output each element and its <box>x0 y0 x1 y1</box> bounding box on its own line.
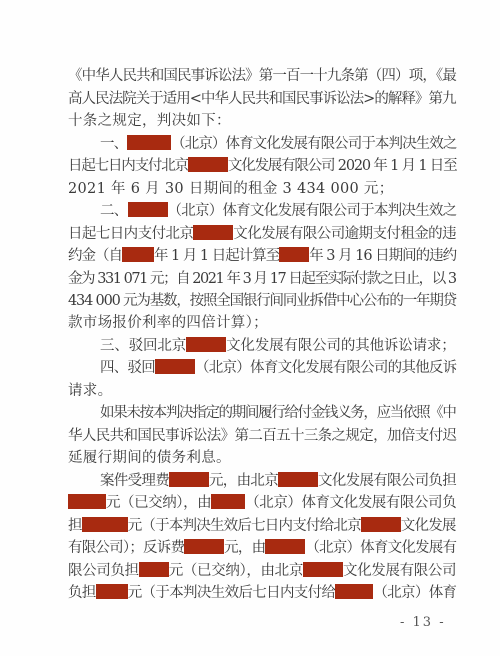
text-segment: （北京）体育文化发展有 <box>305 540 456 556</box>
text-segment: 日起七日内支付北京 <box>68 226 193 242</box>
text-segment: （北京）体育文化发展有限公司于本判决生效之 <box>171 136 456 152</box>
document-page: 《中华人民共和国民事诉讼法》第一百一十九条第（四）项，《最高人民法院关于适用<中… <box>0 0 500 656</box>
text-segment: 日起七日内支付北京 <box>68 158 188 174</box>
text-segment: 担 <box>68 518 82 534</box>
text-segment: 三、驳回北京 <box>100 338 186 354</box>
redaction-box <box>82 517 128 532</box>
redaction-box <box>303 562 343 577</box>
text-segment: 约金（自 <box>68 248 122 264</box>
redaction-box <box>155 359 195 374</box>
redaction-box <box>96 584 128 599</box>
text-line: 高人民法院关于适用<中华人民共和国民事诉讼法>的解释》第九 <box>68 89 456 109</box>
text-segment: 四、驳回 <box>100 360 155 376</box>
text-line: 十条之规定，判决如下： <box>68 111 456 131</box>
text-line: 四、驳回（北京）体育文化发展有限公司的其他反诉 <box>100 358 456 378</box>
redaction-box <box>193 225 233 240</box>
text-line: 款市场报价利率的四倍计算）； <box>68 313 456 333</box>
text-segment: 2021 年 6 月 30 日期间的租金 3 434 000 元； <box>68 181 394 197</box>
text-segment: 文化发展有限公司逾期支付租金的违 <box>233 226 456 242</box>
redaction-box <box>279 247 309 262</box>
page-number: - 13 - <box>400 615 446 630</box>
text-line: 负担元（于本判决生效后七日内支付给（北京）体育 <box>68 583 456 603</box>
text-line: 担元（于本判决生效后七日内支付给北京文化发展 <box>68 516 456 536</box>
text-line: 日起七日内支付北京文化发展有限公司逾期支付租金的违 <box>68 224 456 244</box>
redaction-box <box>278 472 318 487</box>
text-segment: 文化发展有限公司的其他诉讼请求； <box>226 338 456 354</box>
text-line: 限公司负担元（已交纳），由北京文化发展有限公司 <box>68 561 456 581</box>
text-segment: 年 1 月 1 日起计算至 <box>154 248 279 264</box>
text-segment: 有限公司）；反诉费 <box>68 540 184 556</box>
text-segment: 限公司负担 <box>68 563 139 579</box>
text-line: 有限公司）；反诉费元，由（北京）体育文化发展有 <box>68 538 456 558</box>
redaction-box <box>211 494 245 509</box>
text-segment: 《中华人民共和国民事诉讼法》第一百一十九条第（四）项，《最 <box>68 68 456 84</box>
text-line: 元（已交纳），由（北京）体育文化发展有限公司负 <box>68 493 456 513</box>
text-line: 请求。 <box>68 381 456 401</box>
redaction-box <box>122 247 154 262</box>
text-segment: 金为 331 071 元；自 2021 年 3 月 17 日起至实际付款之日止，… <box>68 271 456 287</box>
text-segment: 延履行期间的债务利息。 <box>68 450 231 466</box>
redaction-box <box>361 517 401 532</box>
redaction-box <box>128 202 168 217</box>
text-line: 延履行期间的债务利息。 <box>68 448 456 468</box>
text-segment: 高人民法院关于适用<中华人民共和国民事诉讼法>的解释》第九 <box>68 91 456 107</box>
text-line: 案件受理费元，由北京文化发展有限公司负担 <box>100 471 456 491</box>
redaction-box <box>68 494 106 509</box>
text-segment: （北京）体育文化发展有限公司负 <box>245 495 456 511</box>
text-line: 《中华人民共和国民事诉讼法》第一百一十九条第（四）项，《最 <box>68 66 456 86</box>
redaction-box <box>188 157 228 172</box>
text-segment: 案件受理费 <box>100 473 169 489</box>
redaction-box <box>139 562 169 577</box>
text-segment: （北京）体育文化发展有限公司于本判决生效之 <box>168 203 457 219</box>
text-segment: 如果未按本判决指定的期间履行给付金钱义务，应当依照《中 <box>100 405 456 421</box>
text-segment: 年 3 月 16 日期间的违约 <box>309 248 456 264</box>
text-segment: 元（已交纳），由 <box>106 495 211 511</box>
text-segment: 元，由 <box>224 540 265 556</box>
redaction-box <box>186 337 226 352</box>
redaction-box <box>265 539 305 554</box>
text-segment: 请求。 <box>68 383 112 399</box>
text-line: 434 000 元为基数，按照全国银行间同业拆借中心公布的一年期贷 <box>68 291 456 311</box>
text-line: 金为 331 071 元；自 2021 年 3 月 17 日起至实际付款之日止，… <box>68 269 456 289</box>
text-line: 约金（自年 1 月 1 日起计算至年 3 月 16 日期间的违约 <box>68 246 456 266</box>
text-segment: 二、 <box>100 203 128 219</box>
text-line: 二、（北京）体育文化发展有限公司于本判决生效之 <box>100 201 456 221</box>
redaction-box <box>169 472 209 487</box>
text-segment: 款市场报价利率的四倍计算）； <box>68 315 268 331</box>
text-line: 2021 年 6 月 30 日期间的租金 3 434 000 元； <box>68 179 456 199</box>
text-segment: 华人民共和国民事诉讼法》第二百五十三条之规定，加倍支付迟 <box>68 428 456 444</box>
text-segment: 文化发展有限公司 <box>343 563 456 579</box>
text-line: 一、（北京）体育文化发展有限公司于本判决生效之 <box>100 134 456 154</box>
text-segment: 元（于本判决生效后七日内支付给 <box>128 585 336 601</box>
text-segment: 文化发展 <box>401 518 456 534</box>
text-line: 日起七日内支付北京文化发展有限公司 2020 年 1 月 1 日至 <box>68 156 456 176</box>
text-segment: （北京）体育文化发展有限公司的其他反诉 <box>195 360 456 376</box>
redaction-box <box>127 135 171 150</box>
text-segment: （北京）体育 <box>373 585 456 601</box>
redaction-box <box>184 539 224 554</box>
text-segment: 文化发展有限公司负担 <box>318 473 456 489</box>
text-segment: 元（已交纳），由北京 <box>169 563 303 579</box>
text-segment: 元（于本判决生效后七日内支付给北京 <box>128 518 361 534</box>
text-segment: 434 000 元为基数，按照全国银行间同业拆借中心公布的一年期贷 <box>68 293 456 309</box>
text-segment: 负担 <box>68 585 96 601</box>
redaction-box <box>335 584 373 599</box>
text-line: 三、驳回北京文化发展有限公司的其他诉讼请求； <box>100 336 456 356</box>
text-segment: 十条之规定，判决如下： <box>68 113 231 129</box>
text-segment: 元，由北京 <box>209 473 278 489</box>
text-segment: 一、 <box>100 136 127 152</box>
text-segment: 文化发展有限公司 2020 年 1 月 1 日至 <box>228 158 457 174</box>
text-line: 如果未按本判决指定的期间履行给付金钱义务，应当依照《中 <box>100 403 456 423</box>
text-line: 华人民共和国民事诉讼法》第二百五十三条之规定，加倍支付迟 <box>68 426 456 446</box>
